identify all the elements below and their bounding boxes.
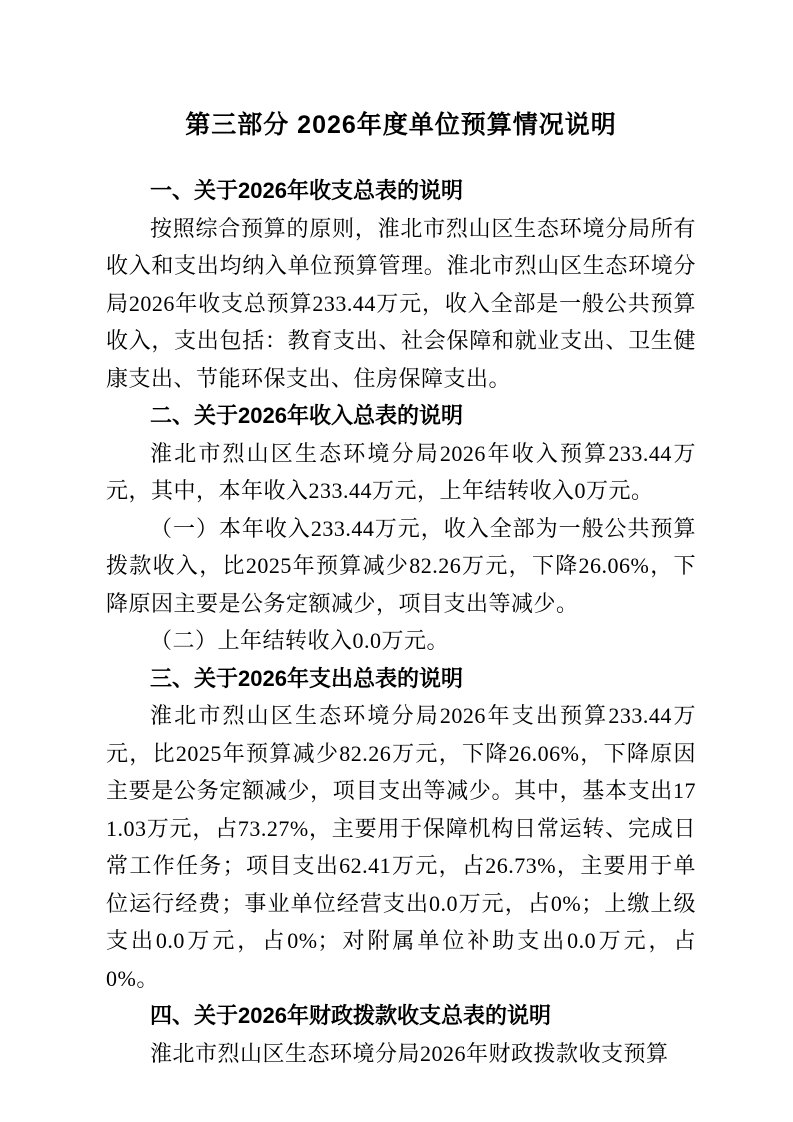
document-body: 一、关于2026年收支总表的说明按照综合预算的原则，淮北市烈山区生态环境分局所有…	[106, 172, 696, 1072]
section-heading-4: 四、关于2026年财政拨款收支总表的说明	[106, 997, 696, 1035]
section-heading-3: 三、关于2026年支出总表的说明	[106, 660, 696, 698]
section-heading-2: 二、关于2026年收入总表的说明	[106, 397, 696, 435]
paragraph: （一）本年收入233.44万元，收入全部为一般公共预算拨款收入，比2025年预算…	[106, 510, 696, 623]
section-heading-1: 一、关于2026年收支总表的说明	[106, 172, 696, 210]
paragraph: 淮北市烈山区生态环境分局2026年收入预算233.44万元，其中，本年收入233…	[106, 435, 696, 510]
document-page: 第三部分 2026年度单位预算情况说明 一、关于2026年收支总表的说明按照综合…	[0, 0, 793, 1122]
paragraph: 按照综合预算的原则，淮北市烈山区生态环境分局所有收入和支出均纳入单位预算管理。淮…	[106, 210, 696, 398]
paragraph: 淮北市烈山区生态环境分局2026年财政拨款收支预算	[106, 1035, 696, 1073]
document-title: 第三部分 2026年度单位预算情况说明	[106, 104, 696, 146]
paragraph: （二）上年结转收入0.0万元。	[106, 622, 696, 660]
paragraph: 淮北市烈山区生态环境分局2026年支出预算233.44万元，比2025年预算减少…	[106, 697, 696, 997]
